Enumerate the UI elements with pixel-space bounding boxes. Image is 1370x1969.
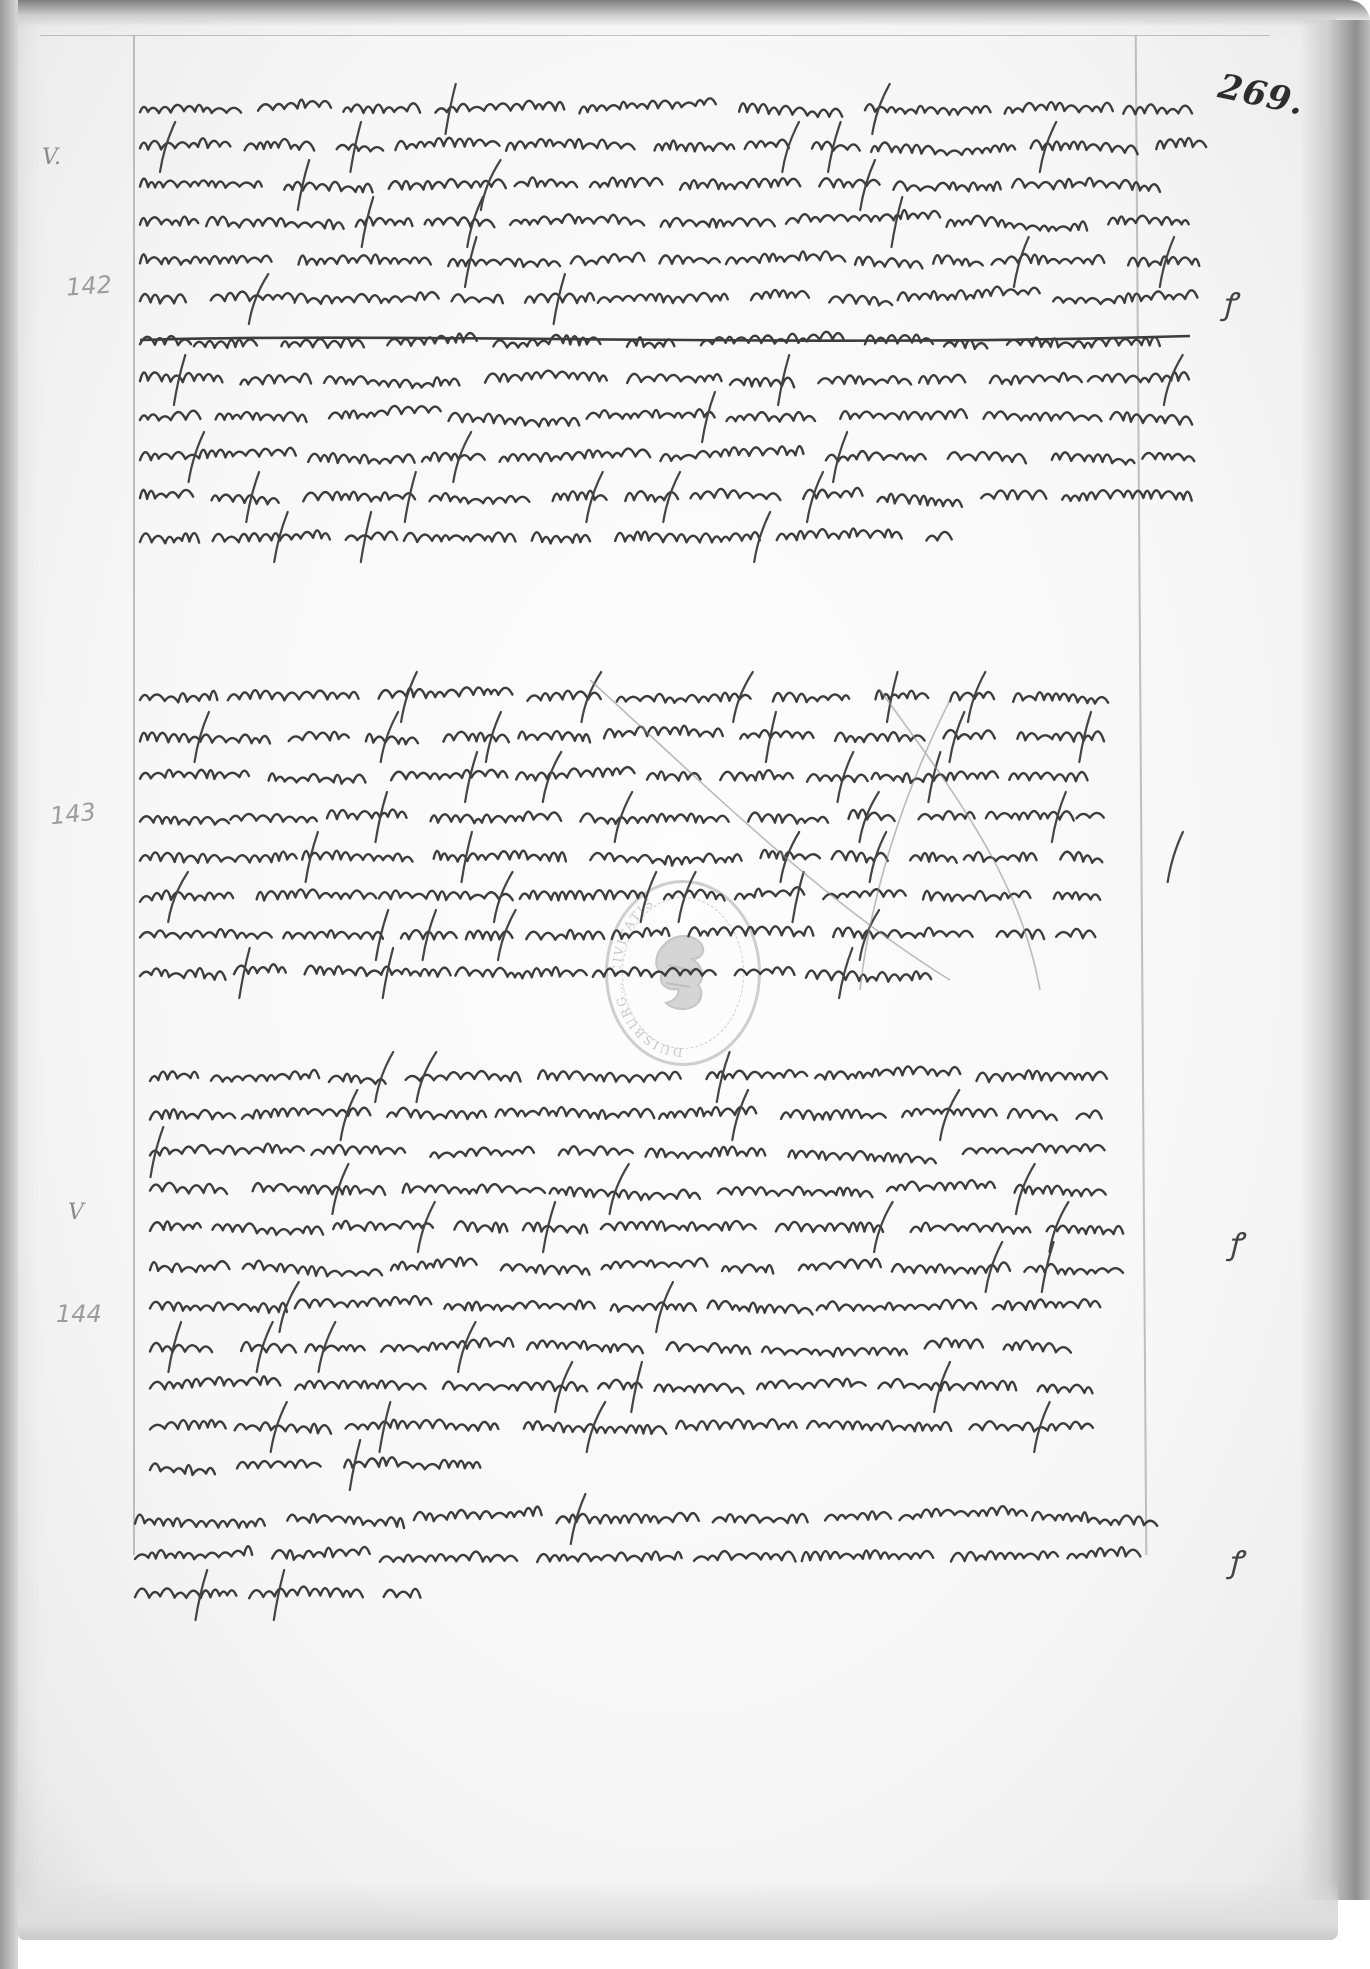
binding-edge	[0, 0, 18, 1969]
page-right-edge	[1300, 20, 1370, 1900]
ruling-line-left	[133, 35, 135, 1555]
margin-entry-number: 144	[56, 1300, 102, 1328]
page-top-edge	[18, 0, 1370, 26]
right-margin-mark: ꝭ	[1228, 1540, 1242, 1581]
right-margin-mark: ꝭ	[1222, 282, 1236, 323]
ruling-line-top	[40, 35, 1270, 36]
seal-legend: DUISBURG… CIVITATIS	[608, 883, 758, 1063]
city-seal-stamp: DUISBURG… CIVITATIS	[605, 880, 761, 1066]
margin-entry-number: 143	[49, 798, 97, 831]
right-margin-mark: ꝭ	[1228, 1222, 1242, 1263]
margin-entry-number: 142	[65, 270, 113, 301]
svg-text:DUISBURG… CIVITATIS: DUISBURG… CIVITATIS	[610, 895, 683, 1059]
margin-v-mark: V.	[42, 145, 61, 170]
page-bottom-edge	[18, 1880, 1338, 1940]
margin-v-mark: V	[68, 1200, 84, 1225]
